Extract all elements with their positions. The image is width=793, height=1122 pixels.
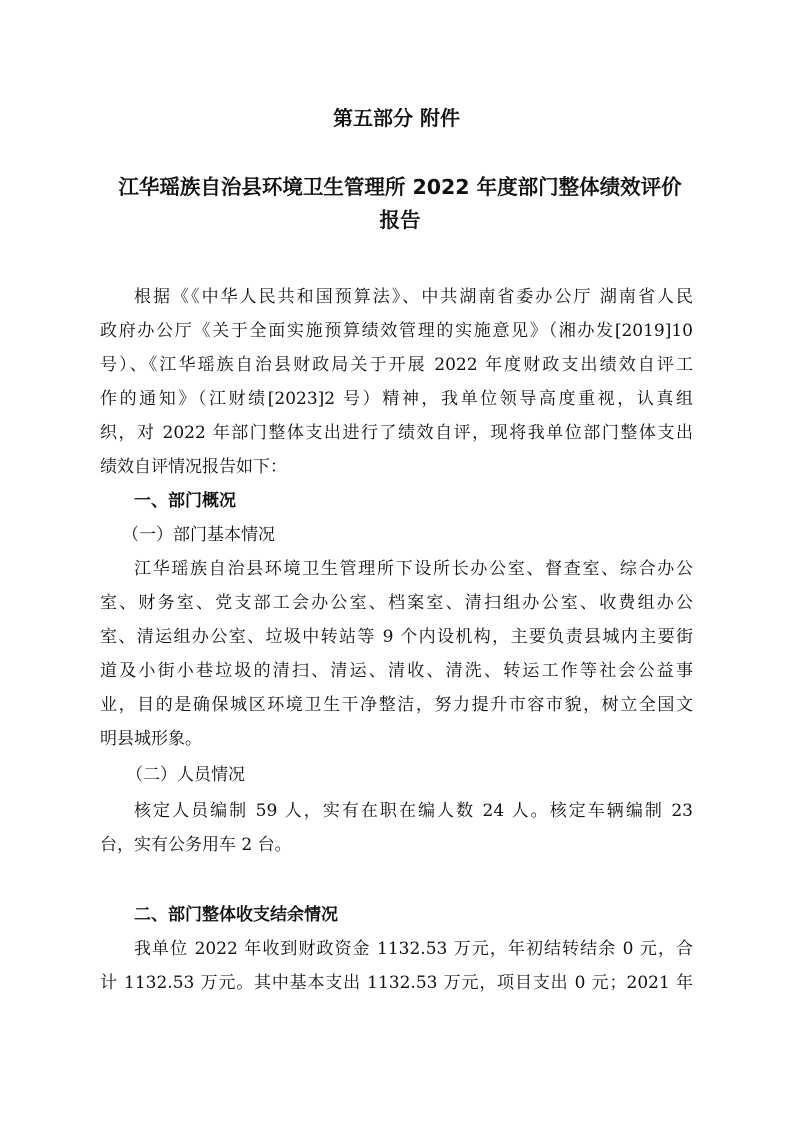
paragraph-line: 台，实有公务用车 2 台。 <box>100 828 693 862</box>
subsection-heading-staff: （二）人员情况 <box>126 758 245 792</box>
paragraph-line: 室、财务室、党支部工会办公室、档案室、清扫组办公室、收费组办公 <box>100 586 693 620</box>
intro-line: 作的通知》（江财绩[2023]2 号）精神，我单位领导高度重视，认真组 <box>100 382 693 416</box>
paragraph-line: 核定人员编制 59 人，实有在职在编人数 24 人。核定车辆编制 23 <box>100 794 693 828</box>
paragraph-line: 业，目的是确保城区环境卫生干净整洁，努力提升市容市貌，树立全国文 <box>100 688 693 722</box>
document-title-line-2: 报告 <box>100 203 700 237</box>
paragraph-line: 我单位 2022 年收到财政资金 1132.53 万元，年初结转结余 0 元，合 <box>100 932 693 966</box>
paragraph-line: 计 1132.53 万元。其中基本支出 1132.53 万元，项目支出 0 元；… <box>100 966 693 1000</box>
intro-line: 绩效自评情况报告如下： <box>100 450 693 484</box>
subsection-heading-basic-info: （一）部门基本情况 <box>122 518 275 552</box>
document-title-line-1: 江华瑶族自治县环境卫生管理所 2022 年度部门整体绩效评价 <box>100 170 700 204</box>
paragraph-line: 道及小街小巷垃圾的清扫、清运、清收、清洗、转运工作等社会公益事 <box>100 654 693 688</box>
intro-line: 号）、《江华瑶族自治县财政局关于开展 2022 年度财政支出绩效自评工 <box>100 348 693 382</box>
section-heading-department-overview: 一、部门概况 <box>134 484 236 518</box>
intro-line: 织，对 2022 年部门整体支出进行了绩效自评，现将我单位部门整体支出 <box>100 416 693 450</box>
paragraph-line: 明县城形象。 <box>100 722 693 756</box>
intro-line: 根据《《中华人民共和国预算法》、中共湖南省委办公厅 湖南省人民 <box>100 280 693 314</box>
paragraph-line: 江华瑶族自治县环境卫生管理所下设所长办公室、督查室、综合办公 <box>100 552 693 586</box>
paragraph-line: 室、清运组办公室、垃圾中转站等 9 个内设机构，主要负责县城内主要街 <box>100 620 693 654</box>
section-heading-income-expenditure: 二、部门整体收支结余情况 <box>134 898 338 932</box>
document-page: 第五部分 附件 江华瑶族自治县环境卫生管理所 2022 年度部门整体绩效评价 报… <box>0 0 793 1122</box>
intro-line: 政府办公厅《关于全面实施预算绩效管理的实施意见》（湘办发[2019]10 <box>100 314 693 348</box>
part-title: 第五部分 附件 <box>0 101 793 135</box>
